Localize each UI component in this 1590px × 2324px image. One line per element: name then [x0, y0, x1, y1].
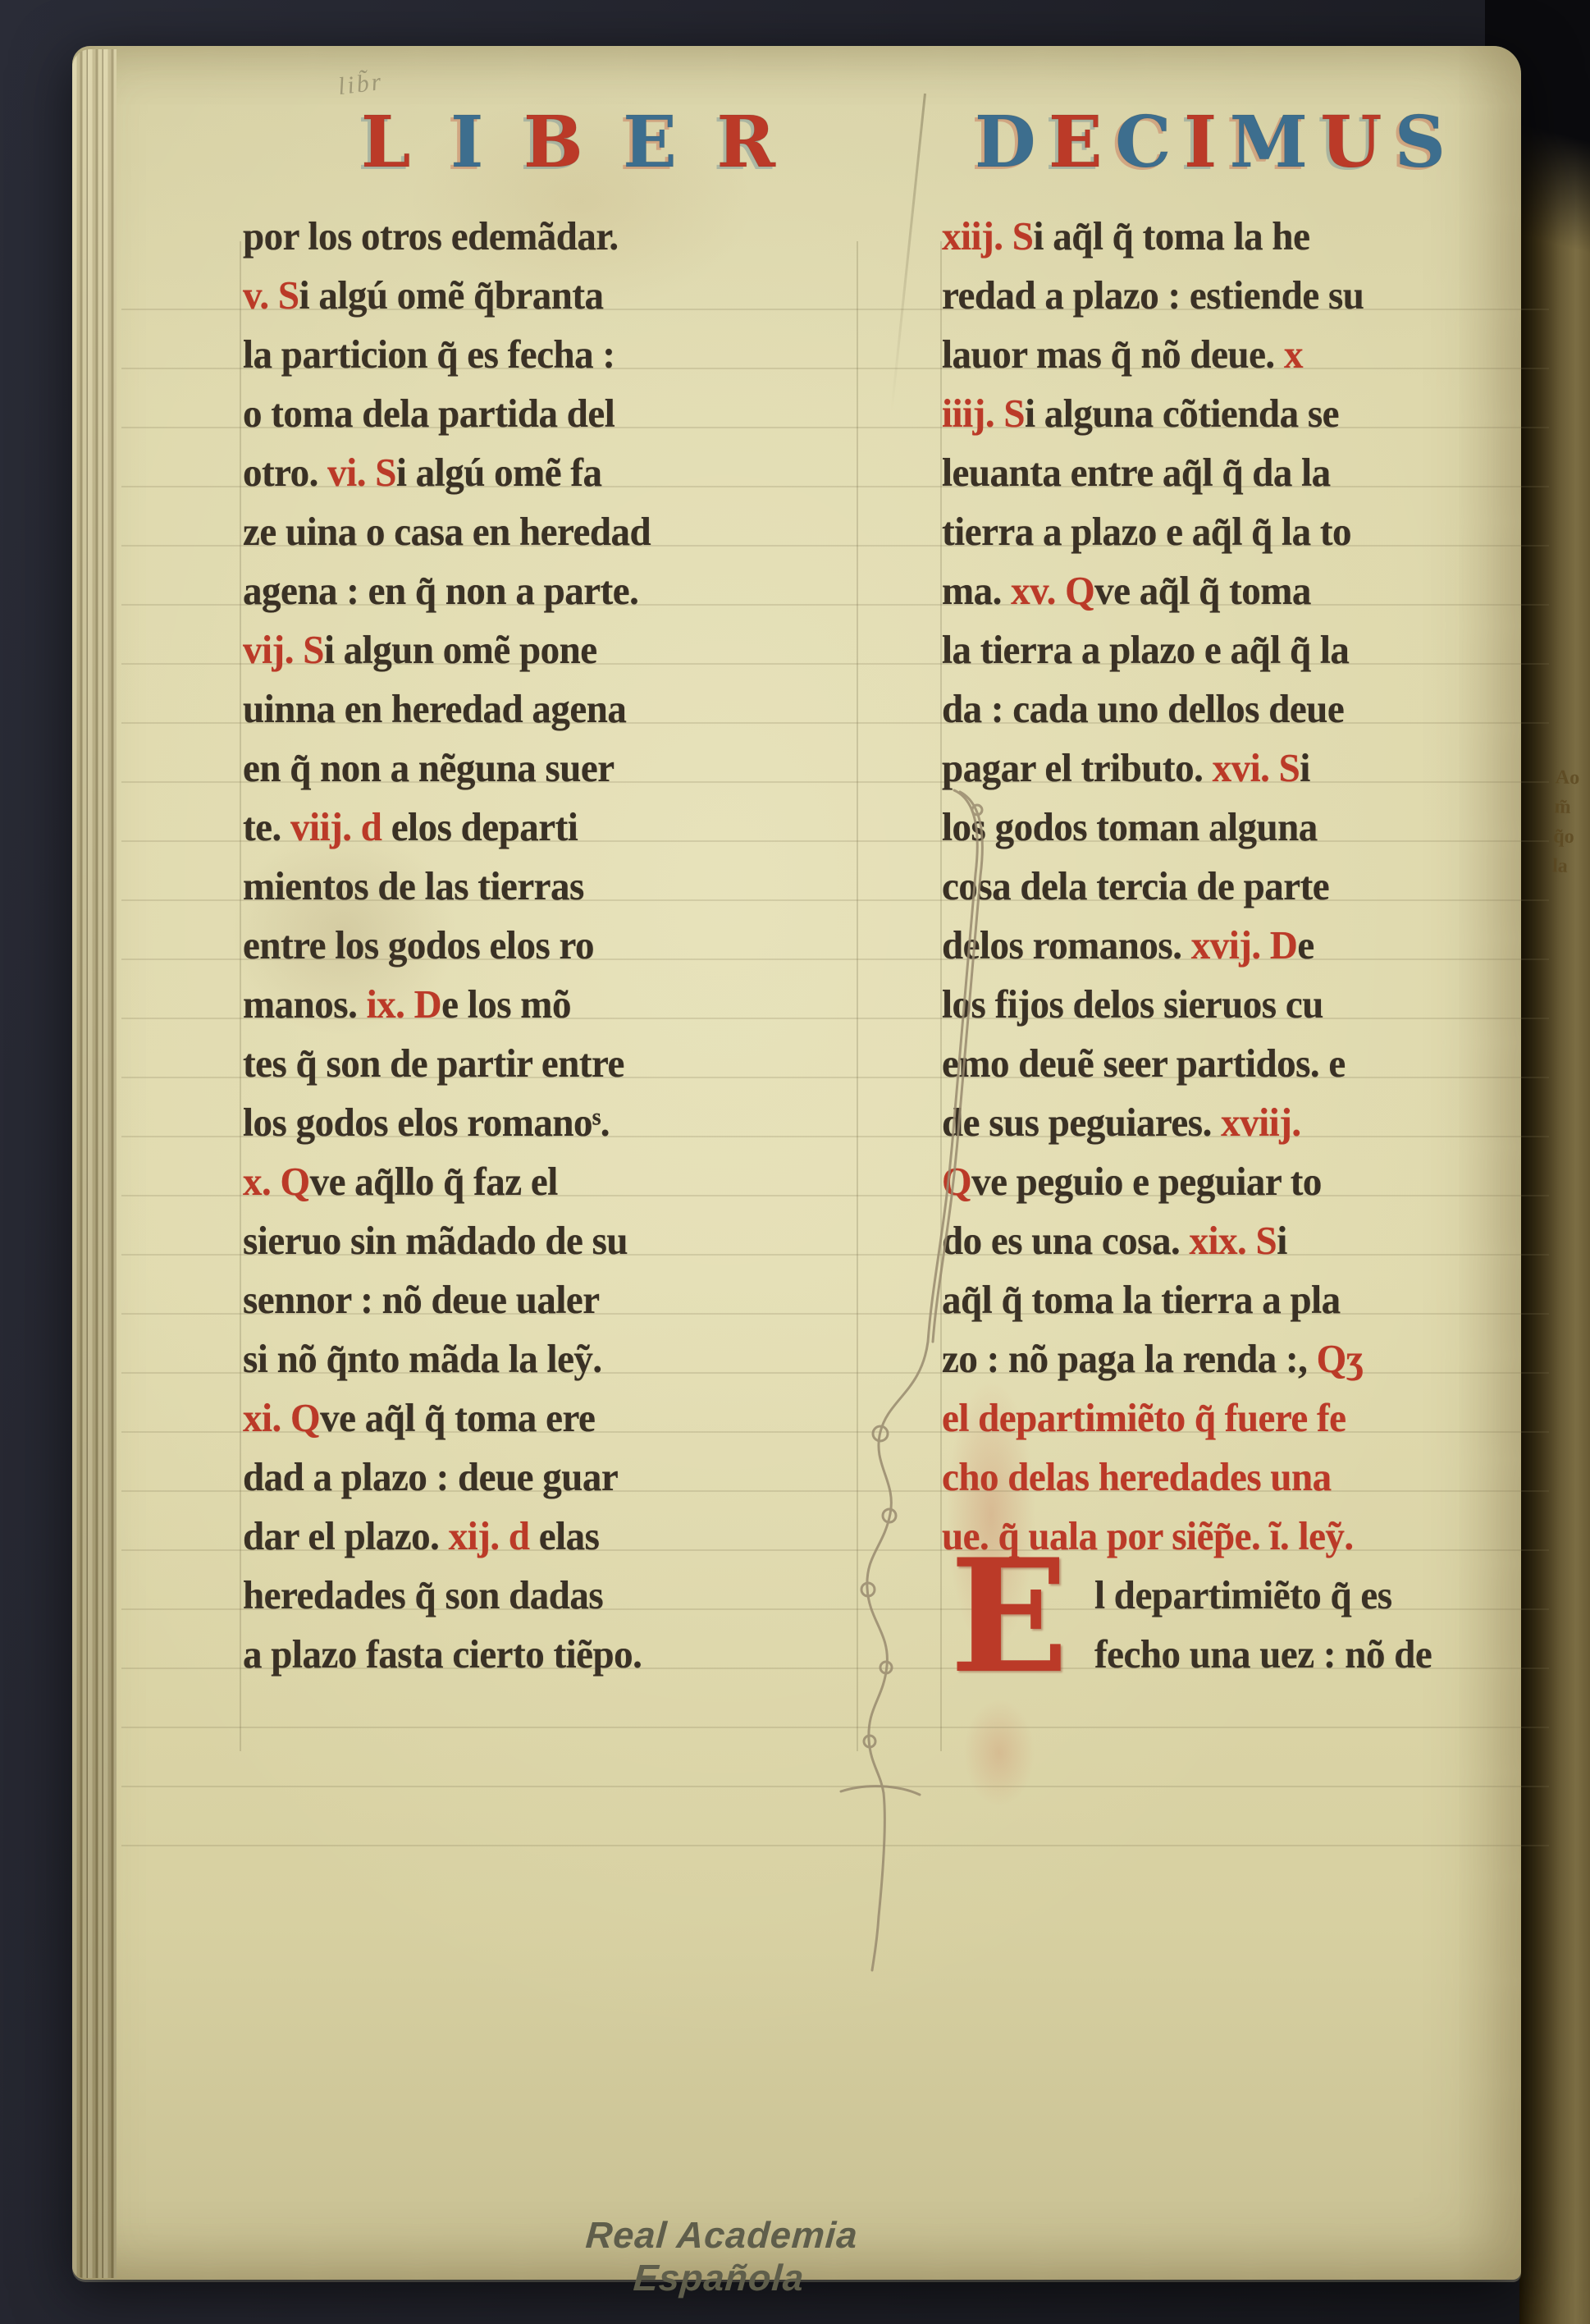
text-line: entre los godos elos ro — [243, 916, 853, 977]
text-segment: tes q̃ son de partir entre — [243, 1041, 624, 1086]
text-line: los fijos delos sieruos cu — [942, 975, 1565, 1036]
text-segment: i algun omẽ pone — [324, 628, 597, 672]
page-stack-edge — [72, 49, 117, 2278]
text-segment: l departimiẽto q̃ es — [1094, 1573, 1392, 1617]
text-segment: si nõ q̃nto mãda la leỹ. — [243, 1337, 602, 1381]
text-segment: delos romanos. — [942, 923, 1191, 968]
text-line: pagar el tributo. xvi. Si — [942, 739, 1565, 800]
text-segment: i alguna cõtienda se — [1025, 391, 1339, 436]
text-segment: en q̃ non a nẽguna suer — [243, 746, 615, 790]
text-segment: elos departi — [382, 805, 578, 849]
text-segment: por los otros edemãdar. — [243, 214, 619, 258]
header-decimus: DECIMUS — [975, 110, 1446, 179]
text-segment: los godos elos romanoˢ. — [243, 1100, 610, 1145]
text-segment: i — [1277, 1219, 1287, 1263]
text-segment: da : cada uno dellos deue — [942, 687, 1344, 731]
text-line: de sus peguiares. xviij. — [942, 1093, 1565, 1155]
text-line: lauor mas q̃ nõ deue. x — [942, 325, 1565, 387]
text-segment: lauor mas q̃ nõ deue. — [942, 332, 1284, 377]
text-line: vij. Si algun omẽ pone — [243, 620, 853, 682]
text-line: uinna en heredad agena — [243, 679, 853, 741]
header-letter: B — [523, 110, 583, 176]
text-line: por los otros edemãdar. — [243, 207, 853, 268]
text-line: dad a plazo : deue guar — [243, 1448, 853, 1509]
left-text-column: por los otros edemãdar.v. Si algú omẽ q̃… — [243, 207, 853, 1684]
manuscript-photo: { "page": { "watermark": "Real Academia … — [0, 0, 1590, 2324]
text-line: cosa dela tercia de parte — [942, 857, 1565, 918]
text-segment: do es una cosa. — [942, 1219, 1189, 1263]
text-line: te. viij. d elos departi — [243, 798, 853, 859]
header-letter: I — [450, 110, 483, 176]
text-segment: i algú omẽ q̃branta — [299, 273, 604, 318]
text-segment: cho delas heredades una — [942, 1455, 1332, 1499]
text-segment: xij. d — [449, 1514, 530, 1558]
text-segment: xvi. S — [1213, 746, 1300, 790]
text-segment: entre los godos elos ro — [243, 923, 594, 968]
text-line: dar el plazo. xij. d elas — [243, 1507, 853, 1568]
vertical-ruling — [857, 241, 858, 1751]
text-segment: e — [1297, 923, 1314, 968]
parchment-crease — [890, 94, 926, 412]
text-line: tes q̃ son de partir entre — [243, 1034, 853, 1096]
text-line: x. Qve aq̃llo q̃ faz el — [243, 1152, 853, 1214]
header-letter: L — [361, 110, 410, 176]
watermark-text: Real Academia Española — [528, 2214, 912, 2299]
foliation-mark: lib̃r — [336, 68, 385, 101]
text-line: manos. ix. De los mõ — [243, 975, 853, 1036]
text-segment: iiij. S — [942, 391, 1025, 436]
text-line: Qve peguio e peguiar to — [942, 1152, 1565, 1214]
text-line: o toma dela partida del — [243, 384, 853, 446]
text-segment: heredades q̃ son dadas — [243, 1573, 603, 1617]
text-line: emo deuẽ seer partidos. e — [942, 1034, 1565, 1096]
text-segment: manos. — [243, 982, 367, 1027]
text-segment: zo : nõ paga la renda :, — [942, 1337, 1317, 1381]
header-letter: D — [975, 110, 1036, 176]
text-segment: viij. d — [290, 805, 382, 849]
text-segment: aq̃l q̃ toma la tierra a pla — [942, 1278, 1341, 1322]
text-line: zo : nõ paga la renda :, Qʒ — [942, 1329, 1565, 1391]
text-segment: mientos de las tierras — [243, 864, 584, 908]
text-segment: otro. — [243, 451, 327, 495]
text-line: iiij. Si alguna cõtienda se — [942, 384, 1565, 446]
text-segment: uinna en heredad agena — [243, 687, 626, 731]
text-line: la particion q̃ es fecha : — [243, 325, 853, 387]
text-line: do es una cosa. xix. Si — [942, 1211, 1565, 1273]
text-segment: sennor : nõ deue ualer — [243, 1278, 600, 1322]
text-line: ma. xv. Qve aq̃l q̃ toma — [942, 561, 1565, 623]
text-segment: xiij. S — [942, 214, 1033, 258]
text-line: leuanta entre aq̃l q̃ da la — [942, 443, 1565, 505]
text-segment: te. — [243, 805, 290, 849]
text-segment: fecho una uez : nõ de — [1094, 1632, 1432, 1677]
text-line: si nõ q̃nto mãda la leỹ. — [243, 1329, 853, 1391]
text-line: en q̃ non a nẽguna suer — [243, 739, 853, 800]
text-line: delos romanos. xvij. De — [942, 916, 1565, 977]
text-segment: Q — [942, 1160, 971, 1204]
text-segment: xviij. — [1221, 1100, 1301, 1145]
text-segment: i aq̃l q̃ toma la he — [1033, 214, 1309, 258]
header-letter: C — [1115, 110, 1171, 176]
text-line: da : cada uno dellos deue — [942, 679, 1565, 741]
text-segment: x — [1284, 332, 1303, 377]
text-segment: xi. Q — [243, 1396, 320, 1440]
text-segment: v. S — [243, 273, 299, 318]
text-segment: a plazo fasta cierto tiẽpo. — [243, 1632, 642, 1677]
text-line: heredades q̃ son dadas — [243, 1566, 853, 1627]
header-letter: U — [1320, 110, 1382, 176]
text-segment: vij. S — [243, 628, 324, 672]
text-segment: leuanta entre aq̃l q̃ da la — [942, 451, 1331, 495]
header-letter: S — [1395, 110, 1446, 176]
text-line: cho delas heredades una — [942, 1448, 1565, 1509]
text-line: la tierra a plazo e aq̃l q̃ la — [942, 620, 1565, 682]
text-line: tierra a plazo e aq̃l q̃ la to — [942, 502, 1565, 564]
text-segment: dad a plazo : deue guar — [243, 1455, 618, 1499]
text-line: xi. Qve aq̃l q̃ toma ere — [243, 1388, 853, 1450]
text-segment: elas — [530, 1514, 600, 1558]
text-segment: sieruo sin mãdado de su — [243, 1219, 628, 1263]
text-segment: los fijos delos sieruos cu — [942, 982, 1323, 1027]
text-segment: e los mõ — [441, 982, 571, 1027]
text-segment: pagar el tributo. — [942, 746, 1213, 790]
text-line: agena : en q̃ non a parte. — [243, 561, 853, 623]
text-line: otro. vi. Si algú omẽ fa — [243, 443, 853, 505]
text-line: los godos toman alguna — [942, 798, 1565, 859]
text-line: v. Si algú omẽ q̃branta — [243, 266, 853, 327]
text-line: ze uina o casa en heredad — [243, 502, 853, 564]
text-segment: vi. S — [327, 451, 396, 495]
text-segment: Qʒ — [1317, 1337, 1364, 1381]
text-line: mientos de las tierras — [243, 857, 853, 918]
text-line: xiij. Si aq̃l q̃ toma la he — [942, 207, 1565, 268]
header-liber: LIBER — [361, 110, 775, 179]
vertical-ruling — [240, 241, 241, 1751]
header-letter: I — [1184, 110, 1217, 176]
text-segment: ve aq̃l q̃ toma ere — [320, 1396, 595, 1440]
header-letter: E — [623, 110, 677, 176]
header-letter: M — [1230, 110, 1308, 176]
text-line: sennor : nõ deue ualer — [243, 1270, 853, 1332]
text-segment: ve aq̃llo q̃ faz el — [310, 1160, 558, 1204]
text-segment: agena : en q̃ non a parte. — [243, 569, 638, 613]
text-line: el departimiẽto q̃ fuere fe — [942, 1388, 1565, 1450]
text-line: redad a plazo : estiende su — [942, 266, 1565, 327]
text-segment: cosa dela tercia de parte — [942, 864, 1329, 908]
text-segment: ve peguio e peguiar to — [971, 1160, 1322, 1204]
header-letter: E — [1049, 110, 1103, 176]
right-text-column: xiij. Si aq̃l q̃ toma la heredad a plazo… — [942, 207, 1565, 1684]
header-letter: R — [716, 110, 774, 176]
text-segment: ze uina o casa en heredad — [243, 510, 651, 554]
initial-letter-e: E — [945, 1556, 1073, 1686]
text-segment: la tierra a plazo e aq̃l q̃ la — [942, 628, 1349, 672]
text-segment: el departimiẽto q̃ fuere fe — [942, 1396, 1346, 1440]
text-segment: o toma dela partida del — [243, 391, 615, 436]
text-segment: dar el plazo. — [243, 1514, 449, 1558]
text-segment: los godos toman alguna — [942, 805, 1318, 849]
text-segment: i — [1300, 746, 1310, 790]
text-segment: de sus peguiares. — [942, 1100, 1221, 1145]
text-line: a plazo fasta cierto tiẽpo. — [243, 1625, 853, 1686]
text-segment: ix. D — [367, 982, 442, 1027]
text-segment: xvij. D — [1191, 923, 1298, 968]
text-segment: tierra a plazo e aq̃l q̃ la to — [942, 510, 1351, 554]
text-line: aq̃l q̃ toma la tierra a pla — [942, 1270, 1565, 1332]
text-segment: x. Q — [243, 1160, 310, 1204]
text-segment: ve aq̃l q̃ toma — [1094, 569, 1311, 613]
text-segment: xix. S — [1189, 1219, 1277, 1263]
text-segment: emo deuẽ seer partidos. e — [942, 1041, 1346, 1086]
text-segment: redad a plazo : estiende su — [942, 273, 1364, 318]
text-line: sieruo sin mãdado de su — [243, 1211, 853, 1273]
text-segment: i algú omẽ fa — [396, 451, 602, 495]
text-segment: xv. Q — [1011, 569, 1094, 613]
text-line: los godos elos romanoˢ. — [243, 1093, 853, 1155]
text-segment: la particion q̃ es fecha : — [243, 332, 615, 377]
text-segment: ma. — [942, 569, 1011, 613]
